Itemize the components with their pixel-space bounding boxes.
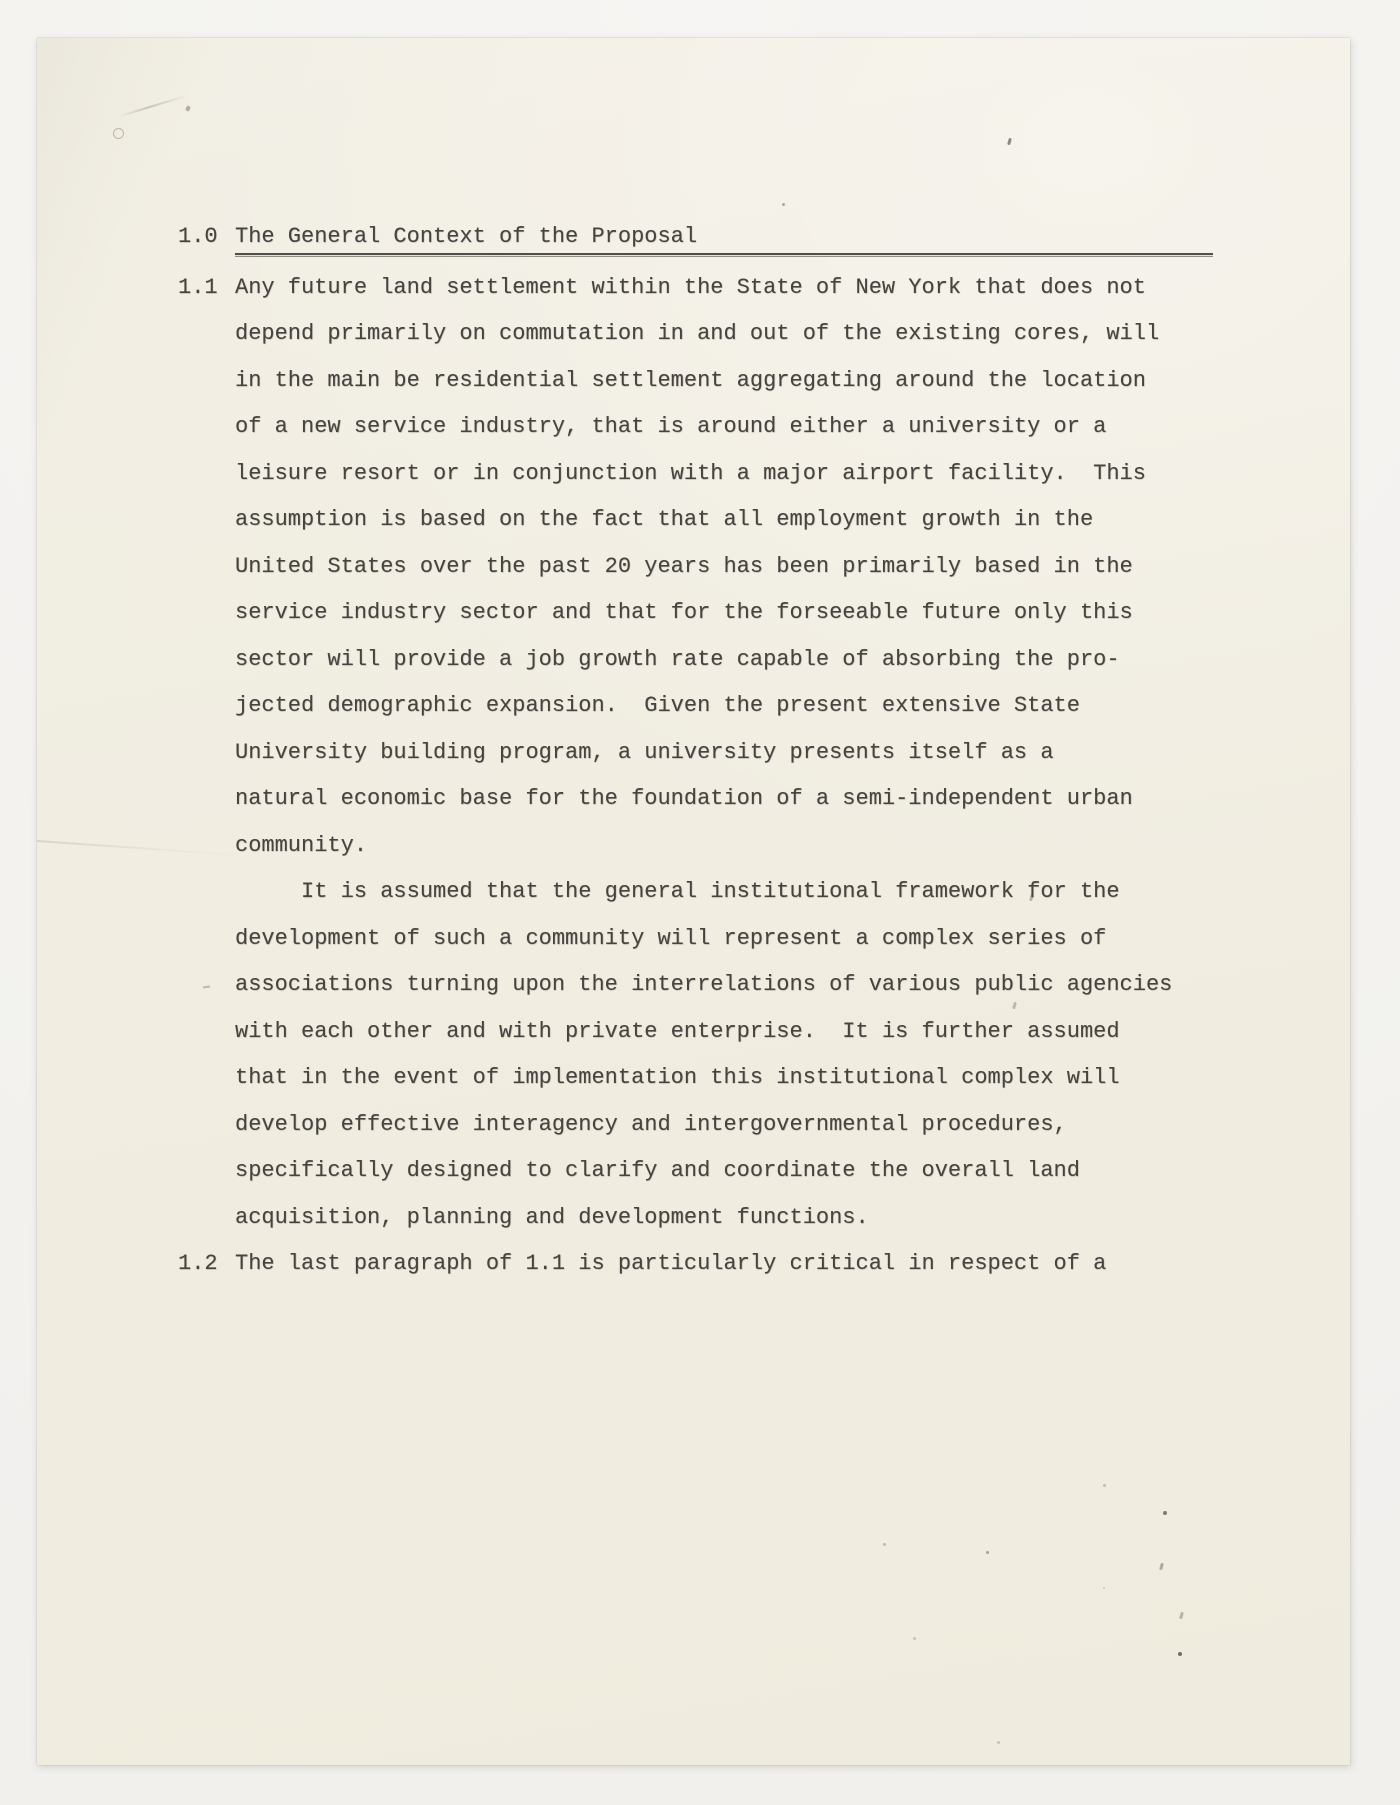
text-line: Any future land settlement within the St… [235, 265, 1172, 312]
heading-underline [235, 253, 1213, 258]
text-line: with each other and with private enterpr… [235, 1009, 1172, 1056]
ink-speck [997, 1741, 1000, 1744]
scratch-notch-mark [185, 105, 191, 111]
ink-tick-mark [1007, 138, 1012, 146]
paragraph-number: 1.2 [178, 1241, 235, 1288]
text-line: specifically designed to clarify and coo… [235, 1148, 1172, 1195]
text-line: depend primarily on commutation in and o… [235, 311, 1172, 358]
text-line: develop effective interagency and interg… [235, 1102, 1172, 1149]
ink-speck [986, 1551, 989, 1554]
text-line: in the main be residential settlement ag… [235, 358, 1172, 405]
text-line: natural economic base for the foundation… [235, 776, 1172, 823]
section-number: 1.0 [178, 214, 235, 261]
ink-tick-mark [1179, 1612, 1184, 1620]
text-line: University building program, a universit… [235, 730, 1172, 777]
section-heading-row: 1.0 The General Context of the Proposal [178, 214, 1238, 261]
paragraph-1-1: 1.1 Any future land settlement within th… [178, 265, 1238, 1242]
text-line: sector will provide a job growth rate ca… [235, 637, 1172, 684]
paragraph-1-2: 1.2 The last paragraph of 1.1 is particu… [178, 1241, 1238, 1288]
text-line: The last paragraph of 1.1 is particularl… [235, 1241, 1106, 1288]
ink-speck [1103, 1484, 1106, 1487]
text-line: jected demographic expansion. Given the … [235, 683, 1172, 730]
text-line: community. [235, 823, 1172, 870]
text-line: that in the event of implementation this… [235, 1055, 1172, 1102]
scratch-mark [117, 94, 188, 118]
text-line: acquisition, planning and development fu… [235, 1195, 1172, 1242]
text-line: of a new service industry, that is aroun… [235, 404, 1172, 451]
text-line: development of such a community will rep… [235, 916, 1172, 963]
text-line: service industry sector and that for the… [235, 590, 1172, 637]
paper: 1.0 The General Context of the Proposal … [37, 38, 1350, 1765]
text-line: assumption is based on the fact that all… [235, 497, 1172, 544]
paragraph-lines: The last paragraph of 1.1 is particularl… [235, 1241, 1106, 1288]
punch-ring-mark [113, 128, 124, 139]
text-line: It is assumed that the general instituti… [235, 869, 1172, 916]
ink-speck [1103, 1587, 1105, 1589]
paragraph-number: 1.1 [178, 265, 235, 1242]
ink-speck [883, 1543, 886, 1546]
ink-speck [913, 1637, 916, 1640]
paragraph-lines: Any future land settlement within the St… [235, 265, 1172, 1242]
text-line: United States over the past 20 years has… [235, 544, 1172, 591]
ink-speck [1163, 1511, 1167, 1515]
ink-speck [782, 203, 785, 206]
ink-tick-mark [1159, 1563, 1164, 1571]
document-content: 1.0 The General Context of the Proposal … [178, 214, 1238, 1288]
text-line: leisure resort or in conjunction with a … [235, 451, 1172, 498]
ink-speck [1178, 1652, 1182, 1656]
text-line: associations turning upon the interrelat… [235, 962, 1172, 1009]
